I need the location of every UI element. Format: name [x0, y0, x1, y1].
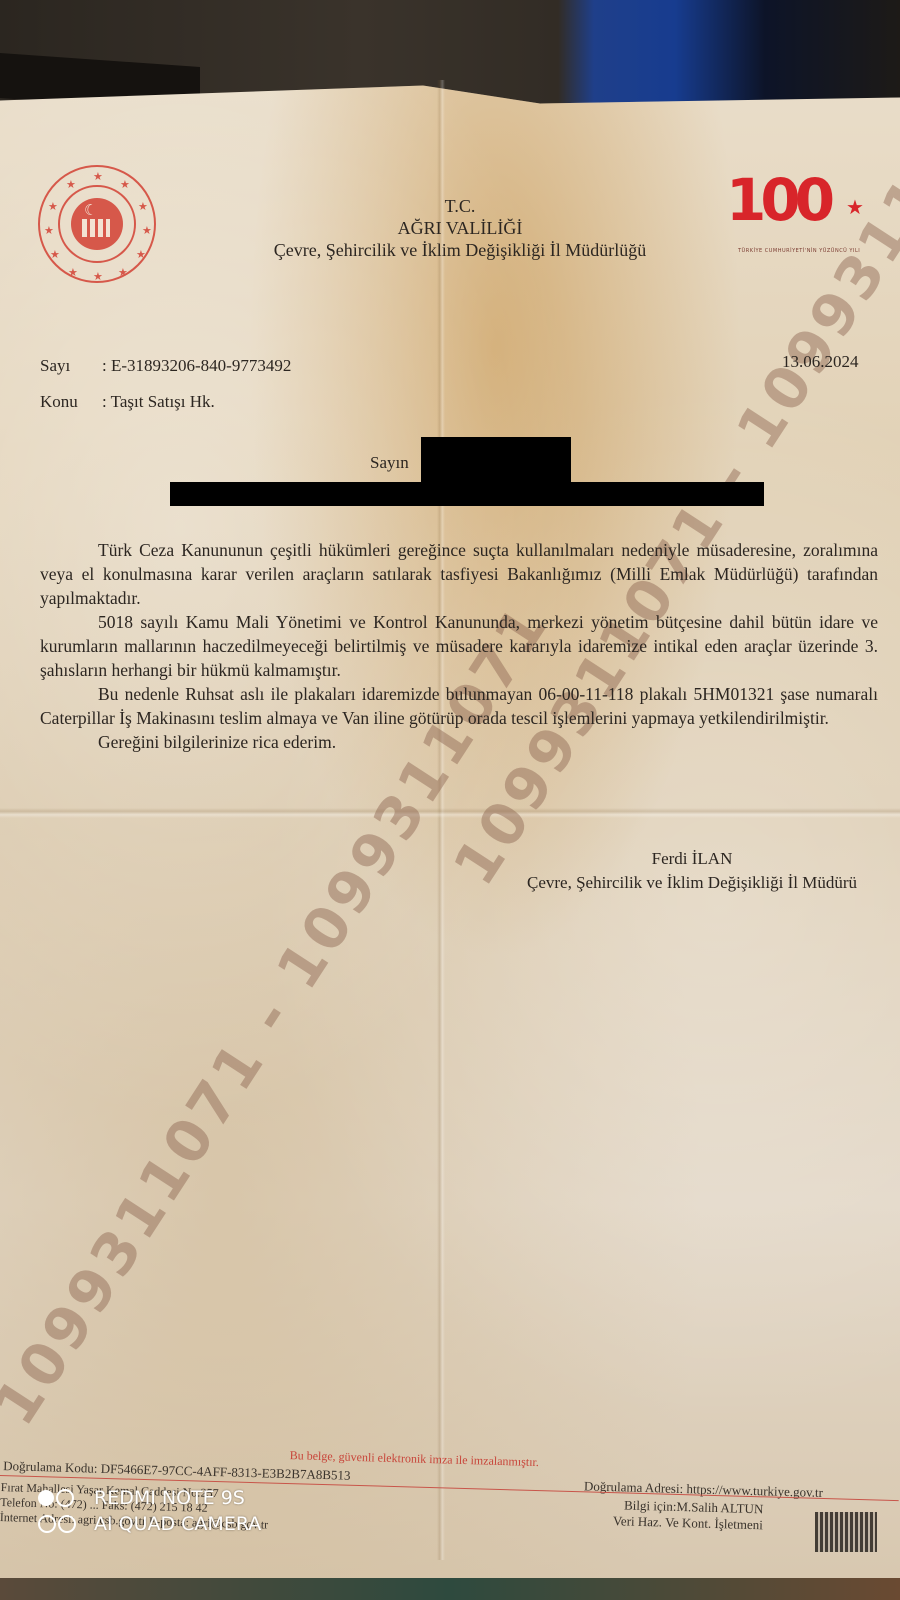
body-paragraph: Bu nedenle Ruhsat aslı ile plakaları ida…: [40, 682, 878, 730]
paper-fold-horizontal: [0, 808, 900, 818]
letter-body: Türk Ceza Kanununun çeşitli hükümleri ge…: [40, 538, 878, 754]
letter-date: 13.06.2024: [782, 352, 859, 372]
letter-header: T.C. AĞRI VALİLİĞİ Çevre, Şehircilik ve …: [200, 195, 720, 261]
body-paragraph: Gereğini bilgilerinize rica ederim.: [40, 730, 878, 754]
camera-infinity-icon: [38, 1515, 82, 1533]
redaction-bar: [170, 482, 764, 506]
signature-block: Ferdi İLAN Çevre, Şehircilik ve İklim De…: [482, 847, 900, 895]
star-icon: ★: [846, 195, 864, 219]
salutation: Sayın: [370, 453, 409, 473]
camera-dots-icon: [38, 1489, 82, 1507]
signatory-title: Çevre, Şehircilik ve İklim Değişikliği İ…: [482, 871, 900, 895]
body-paragraph: 5018 sayılı Kamu Mali Yönetimi ve Kontro…: [40, 610, 878, 682]
header-directorate: Çevre, Şehircilik ve İklim Değişikliği İ…: [200, 239, 720, 261]
header-governorship: AĞRI VALİLİĞİ: [200, 217, 720, 239]
redaction-box: [421, 437, 571, 485]
camera-watermark: REDMI NOTE 9S AI QUAD CAMERA: [38, 1485, 261, 1537]
crescent-icon: ☾: [84, 201, 97, 219]
subject-line: Konu: Taşıt Satışı Hk.: [40, 392, 215, 412]
info-contact: Bilgi için:M.Salih ALTUN Veri Haz. Ve Ko…: [613, 1497, 764, 1533]
ministry-seal-icon: ★ ★ ★ ★ ★ ★ ★ ★ ★ ★ ★ ★ ☾: [38, 165, 156, 283]
paper-fold-vertical: [437, 80, 445, 1560]
building-icon: [82, 219, 110, 237]
qr-code-icon: [815, 1512, 877, 1552]
body-paragraph: Türk Ceza Kanununun çeşitli hükümleri ge…: [40, 538, 878, 610]
header-tc: T.C.: [200, 195, 720, 217]
signatory-name: Ferdi İLAN: [482, 847, 900, 871]
letter-paper: [0, 78, 900, 1578]
centennial-logo: 100 ★ TÜRKİYE CUMHURİYETİ'NİN YÜZÜNCÜ YI…: [726, 180, 866, 260]
reference-number: Sayı: E-31893206-840-9773492: [40, 356, 291, 376]
